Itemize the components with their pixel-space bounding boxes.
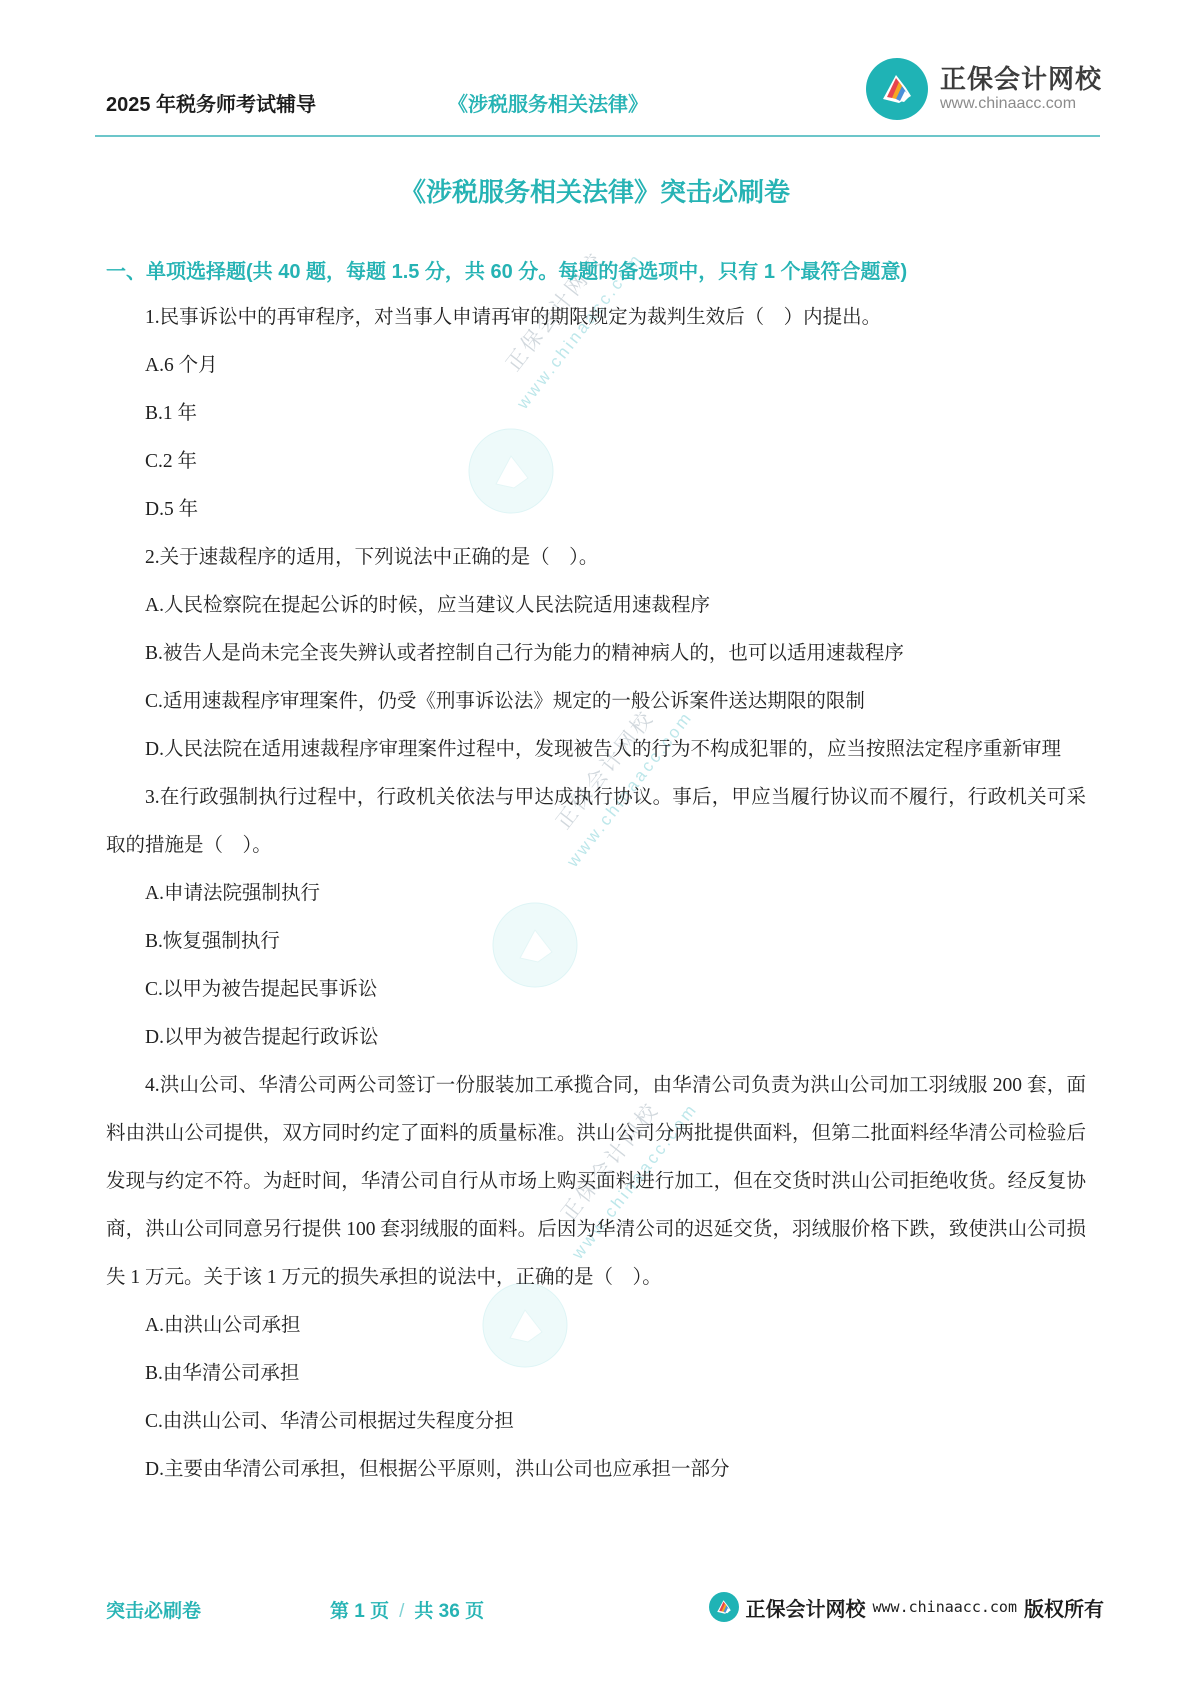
question-block: 2.关于速裁程序的适用，下列说法中正确的是（ ）。 A.人民检察院在提起公诉的时… <box>106 534 1086 774</box>
footer-copyright: 版权所有 <box>1024 1593 1104 1622</box>
option: D.主要由华清公司承担，但根据公平原则，洪山公司也应承担一部分 <box>106 1446 1086 1494</box>
option: B.由华清公司承担 <box>106 1350 1086 1398</box>
option: A.申请法院强制执行 <box>106 870 1086 918</box>
footer-brand-name: 正保会计网校 <box>746 1593 866 1622</box>
page-number: 第 1 页/共 36 页 <box>330 1596 484 1623</box>
brand-logo: 正保会计网校 www.chinaacc.com <box>866 58 1102 120</box>
option: A.6 个月 <box>106 342 1086 390</box>
option: A.由洪山公司承担 <box>106 1302 1086 1350</box>
question-list: 1.民事诉讼中的再审程序，对当事人申请再审的期限规定为裁判生效后（ ）内提出。 … <box>106 294 1086 1494</box>
course-title: 2025 年税务师考试辅导 <box>106 88 316 117</box>
page-title: 《涉税服务相关法律》突击必刷卷 <box>0 172 1190 209</box>
question-stem: 3.在行政强制执行过程中，行政机关依法与甲达成执行协议。事后，甲应当履行协议而不… <box>106 774 1086 870</box>
option: C.2 年 <box>106 438 1086 486</box>
page-separator: / <box>389 1601 414 1622</box>
footer-site-url: www.chinaacc.com <box>873 1598 1018 1616</box>
option: C.由洪山公司、华清公司根据过失程度分担 <box>106 1398 1086 1446</box>
total-pages-label: 共 36 页 <box>414 1601 484 1622</box>
option: B.恢复强制执行 <box>106 918 1086 966</box>
question-stem: 1.民事诉讼中的再审程序，对当事人申请再审的期限规定为裁判生效后（ ）内提出。 <box>106 294 1086 342</box>
question-block: 4.洪山公司、华清公司两公司签订一份服装加工承揽合同，由华清公司负责为洪山公司加… <box>106 1062 1086 1494</box>
option: D.5 年 <box>106 486 1086 534</box>
footer-brand-group: 正保会计网校 www.chinaacc.com 版权所有 <box>709 1592 1105 1622</box>
brand-url: www.chinaacc.com <box>940 95 1102 113</box>
option: D.以甲为被告提起行政诉讼 <box>106 1014 1086 1062</box>
page-footer: 突击必刷卷 第 1 页/共 36 页 正保会计网校 www.chinaacc.c… <box>0 1588 1190 1638</box>
footer-logo-icon <box>709 1592 739 1622</box>
subject-title: 《涉税服务相关法律》 <box>448 88 648 117</box>
current-page-label: 第 1 页 <box>330 1601 389 1622</box>
option: C.适用速裁程序审理案件，仍受《刑事诉讼法》规定的一般公诉案件送达期限的限制 <box>106 678 1086 726</box>
brand-logo-icon <box>866 58 928 120</box>
question-block: 3.在行政强制执行过程中，行政机关依法与甲达成执行协议。事后，甲应当履行协议而不… <box>106 774 1086 1062</box>
option: B.1 年 <box>106 390 1086 438</box>
question-block: 1.民事诉讼中的再审程序，对当事人申请再审的期限规定为裁判生效后（ ）内提出。 … <box>106 294 1086 534</box>
section-heading: 一、单项选择题(共 40 题，每题 1.5 分，共 60 分。每题的备选项中，只… <box>106 255 1086 284</box>
option: B.被告人是尚未完全丧失辨认或者控制自己行为能力的精神病人的，也可以适用速裁程序 <box>106 630 1086 678</box>
brand-name: 正保会计网校 <box>940 65 1102 95</box>
page-header: 2025 年税务师考试辅导 《涉税服务相关法律》 正保会计网校 www.chin… <box>0 0 1190 137</box>
question-stem: 2.关于速裁程序的适用，下列说法中正确的是（ ）。 <box>106 534 1086 582</box>
option: D.人民法院在适用速裁程序审理案件过程中，发现被告人的行为不构成犯罪的，应当按照… <box>106 726 1086 774</box>
option: C.以甲为被告提起民事诉讼 <box>106 966 1086 1014</box>
question-stem: 4.洪山公司、华清公司两公司签订一份服装加工承揽合同，由华清公司负责为洪山公司加… <box>106 1062 1086 1302</box>
footer-doc-label: 突击必刷卷 <box>106 1596 201 1623</box>
header-divider <box>95 135 1100 137</box>
option: A.人民检察院在提起公诉的时候，应当建议人民法院适用速裁程序 <box>106 582 1086 630</box>
